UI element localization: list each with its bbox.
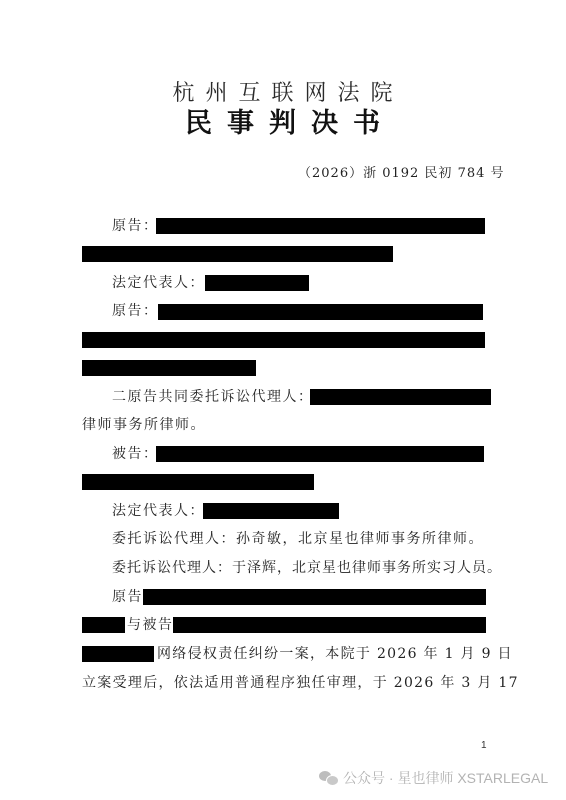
redaction-bar xyxy=(82,246,393,262)
wechat-icon xyxy=(319,770,339,786)
redaction-bar xyxy=(82,646,154,662)
redaction-bar xyxy=(310,389,491,405)
redaction-bar xyxy=(143,589,486,605)
redaction-bar xyxy=(203,503,339,519)
plaintiff1-label: 原告： xyxy=(112,217,159,235)
joint-agent-label: 二原告共同委托诉讼代理人： xyxy=(112,388,314,406)
wechat-watermark: 公众号 · 星也律师 XSTARLEGAL xyxy=(319,768,548,788)
body-procedure-line: 立案受理后，依法适用普通程序独任审理，于 2026 年 3 月 17 xyxy=(82,674,519,692)
redaction-bar xyxy=(158,304,483,320)
redaction-bar xyxy=(82,332,485,348)
page-number: 1 xyxy=(481,740,487,751)
redaction-bar xyxy=(173,617,486,633)
body-and-defendant: 与被告 xyxy=(127,616,174,634)
defendant-label: 被告： xyxy=(112,445,159,463)
body-plaintiff-prefix: 原告 xyxy=(112,588,143,606)
defendant-agent-2: 委托诉讼代理人：于泽辉，北京星也律师事务所实习人员。 xyxy=(112,559,502,577)
redaction-bar xyxy=(205,275,309,291)
redaction-bar xyxy=(156,446,484,462)
defendant-agent-1: 委托诉讼代理人：孙奇敏，北京星也律师事务所律师。 xyxy=(112,530,484,548)
redaction-bar xyxy=(82,360,256,376)
document-type-title: 民事判决书 xyxy=(0,101,566,140)
joint-agent-suffix: 律师事务所律师。 xyxy=(82,416,206,434)
defendant-legal-rep-label: 法定代表人： xyxy=(112,502,205,520)
redaction-bar xyxy=(82,474,314,490)
plaintiff2-label: 原告： xyxy=(112,302,159,320)
case-number: （2026）浙 0192 民初 784 号 xyxy=(298,162,505,181)
body-case-line: 网络侵权责任纠纷一案，本院于 2026 年 1 月 9 日 xyxy=(157,645,513,663)
redaction-bar xyxy=(82,617,125,633)
plaintiff1-legal-rep-label: 法定代表人： xyxy=(112,274,205,292)
watermark-text: 公众号 · 星也律师 XSTARLEGAL xyxy=(343,768,548,788)
redaction-bar xyxy=(156,218,485,234)
